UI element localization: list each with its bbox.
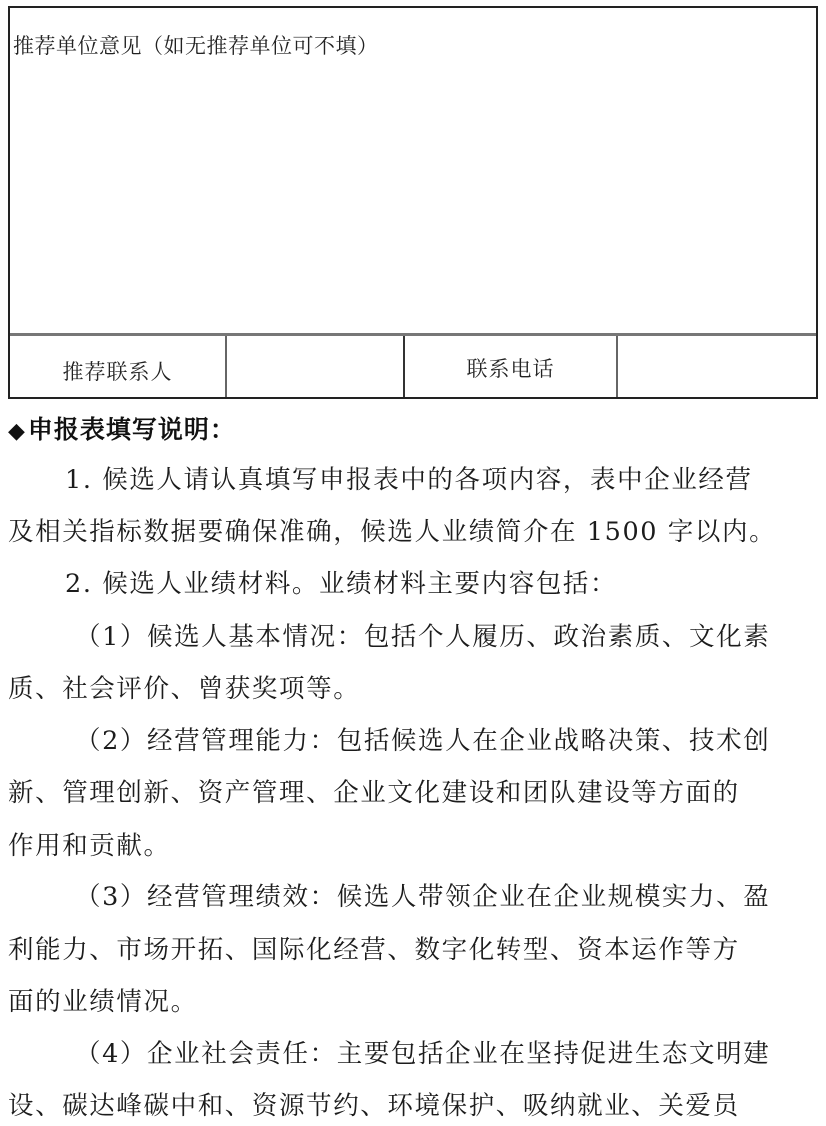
instructions-heading: ◆申报表填写说明： (8, 410, 236, 446)
diamond-bullet-icon: ◆ (8, 419, 26, 444)
instruction-line-2: 及相关指标数据要确保准确，候选人业绩简介在 1500 字以内。 (8, 516, 818, 548)
recommendation-form-table: 推荐单位意见（如无推荐单位可不填） 推荐联系人 联系电话 (8, 6, 818, 399)
contact-person-label-cell: 推荐联系人 (10, 336, 227, 397)
instruction-line-10: 利能力、市场开拓、国际化经营、数字化转型、资本运作等方 (8, 934, 818, 966)
instruction-line-3: 2. 候选人业绩材料。业绩材料主要内容包括： (65, 568, 826, 600)
recommending-unit-opinion-label: 推荐单位意见（如无推荐单位可不填） (13, 30, 379, 60)
contact-row: 推荐联系人 联系电话 (10, 336, 816, 397)
contact-person-field[interactable] (227, 336, 405, 397)
instruction-line-8: 作用和贡献。 (8, 830, 818, 862)
phone-label-cell: 联系电话 (405, 336, 618, 397)
instruction-line-9: （3）经营管理绩效：候选人带领企业在企业规模实力、盈 (75, 881, 826, 913)
contact-person-label: 推荐联系人 (63, 356, 173, 386)
instruction-line-7: 新、管理创新、资产管理、企业文化建设和团队建设等方面的 (8, 777, 818, 809)
instruction-line-12: （4）企业社会责任：主要包括企业在坚持促进生态文明建 (75, 1038, 826, 1070)
instructions-title: 申报表填写说明： (28, 415, 236, 444)
instruction-line-11: 面的业绩情况。 (8, 986, 818, 1018)
instruction-line-6: （2）经营管理能力：包括候选人在企业战略决策、技术创 (75, 725, 826, 757)
instruction-line-13: 设、碳达峰碳中和、资源节约、环境保护、吸纳就业、关爱员 (8, 1090, 818, 1122)
phone-label: 联系电话 (467, 353, 555, 383)
instruction-line-1: 1. 候选人请认真填写申报表中的各项内容，表中企业经营 (65, 464, 826, 496)
phone-field[interactable] (618, 336, 816, 397)
recommending-unit-opinion-field[interactable]: 推荐单位意见（如无推荐单位可不填） (10, 8, 816, 336)
instruction-line-5: 质、社会评价、曾获奖项等。 (8, 673, 818, 705)
instruction-line-4: （1）候选人基本情况：包括个人履历、政治素质、文化素 (75, 621, 826, 653)
